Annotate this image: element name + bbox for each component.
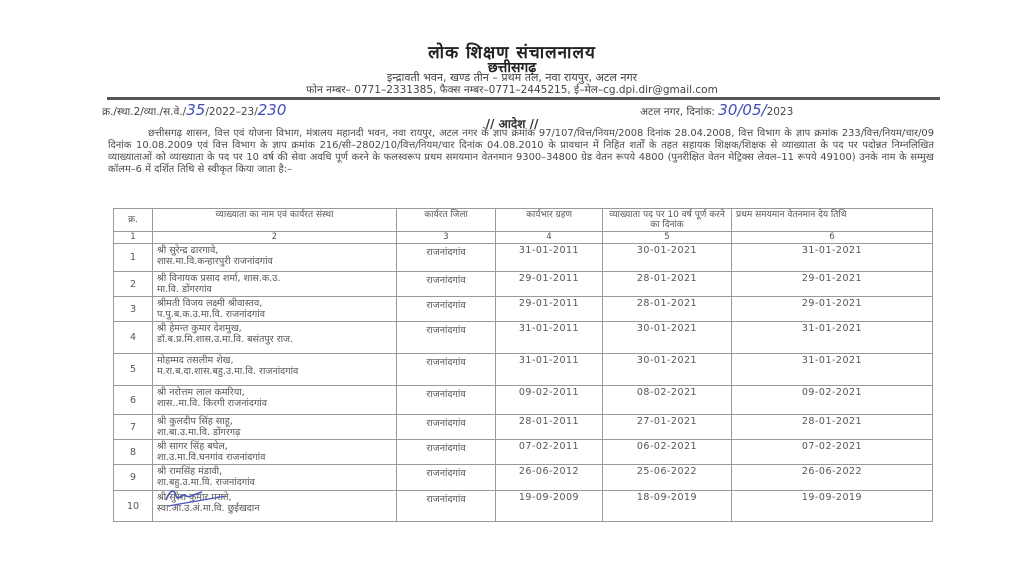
header-due-date: प्रथम समयमान वेतनमान देय तिथि xyxy=(732,209,933,232)
table-row: 8श्री सागर सिंह बघेल,शा.उ.मा.वि.घनगांव र… xyxy=(114,440,933,465)
row-sn: 8 xyxy=(114,440,153,465)
header-divider xyxy=(107,97,940,100)
teacher-name-school: मोहम्मद तसलीम शेख,म.रा.ब.दा.शास.बहु.उ.मा… xyxy=(153,354,397,386)
ten-years-date: 30-01-2021 xyxy=(603,354,732,386)
row-sn: 4 xyxy=(114,322,153,354)
school-name: शास.मा.वि.कन्हारपुरी राजनांदगांव xyxy=(157,256,392,267)
teacher-name-school: श्री हेमन्त कुमार देशमुख,डॉ.ब.प्र.मि.शास… xyxy=(153,322,397,354)
teacher-name: मोहम्मद तसलीम शेख, xyxy=(157,355,392,366)
ten-years-date: 06-02-2021 xyxy=(603,440,732,465)
teacher-name-school: श्री कुलदीप सिंह साहू,शा.बा.उ.मा.वि. डों… xyxy=(153,415,397,440)
due-date: 26-06-2022 xyxy=(732,465,933,491)
row-sn: 9 xyxy=(114,465,153,491)
school-name: मा.वि. डोंगरगांव xyxy=(157,284,392,295)
ten-years-date: 30-01-2021 xyxy=(603,322,732,354)
due-date: 31-01-2021 xyxy=(732,354,933,386)
joining-date: 29-01-2011 xyxy=(496,272,603,297)
teacher-name: श्री रामसिंह मंडावी, xyxy=(157,466,392,477)
table-row: 5मोहम्मद तसलीम शेख,म.रा.ब.दा.शास.बहु.उ.म… xyxy=(114,354,933,386)
col-num: 5 xyxy=(603,232,732,244)
table-row: 7श्री कुलदीप सिंह साहू,शा.बा.उ.मा.वि. डो… xyxy=(114,415,933,440)
ten-years-date: 25-06-2022 xyxy=(603,465,732,491)
due-date: 28-01-2021 xyxy=(732,415,933,440)
teacher-name-school: श्री नरोत्तम लाल कमरिया,शास..मा.वि. किरग… xyxy=(153,386,397,415)
district: राजनांदगांव xyxy=(397,297,496,322)
district: राजनांदगांव xyxy=(397,354,496,386)
district: राजनांदगांव xyxy=(397,440,496,465)
teacher-name: श्री कुलदीप सिंह साहू, xyxy=(157,416,392,427)
joining-date: 09-02-2011 xyxy=(496,386,603,415)
signature-icon xyxy=(162,484,232,508)
row-sn: 6 xyxy=(114,386,153,415)
joining-date: 07-02-2011 xyxy=(496,440,603,465)
col-num: 4 xyxy=(496,232,603,244)
teacher-name-school: श्रीमती विजय लक्ष्मी श्रीवास्तव,प.पु.ब.क… xyxy=(153,297,397,322)
district: राजनांदगांव xyxy=(397,465,496,491)
district: राजनांदगांव xyxy=(397,491,496,522)
table-row: 6श्री नरोत्तम लाल कमरिया,शास..मा.वि. किर… xyxy=(114,386,933,415)
joining-date: 31-01-2011 xyxy=(496,322,603,354)
promotion-table: क्र. व्याख्याता का नाम एवं कार्यरत संस्थ… xyxy=(113,208,933,522)
due-date: 29-01-2021 xyxy=(732,272,933,297)
table-row: 2श्री विनायक प्रसाद शर्मा, शास.क.उ.मा.वि… xyxy=(114,272,933,297)
school-name: म.रा.ब.दा.शास.बहु.उ.मा.वि. राजनांदगांव xyxy=(157,366,392,377)
district: राजनांदगांव xyxy=(397,322,496,354)
joining-date: 26-06-2012 xyxy=(496,465,603,491)
table-row: 9श्री रामसिंह मंडावी,शा.बहु.उ.मा.वि. राज… xyxy=(114,465,933,491)
school-name: प.पु.ब.क.उ.मा.वि. राजनांदगांव xyxy=(157,309,392,320)
joining-date: 31-01-2011 xyxy=(496,354,603,386)
row-sn: 1 xyxy=(114,244,153,272)
joining-date: 28-01-2011 xyxy=(496,415,603,440)
order-paragraph: छत्तीसगढ़ शासन, वित्त एवं योजना विभाग, म… xyxy=(108,128,934,176)
due-date: 09-02-2021 xyxy=(732,386,933,415)
school-name: डॉ.ब.प्र.मि.शास.उ.मा.वि. बसंतपुर राज. xyxy=(157,334,392,345)
teacher-name: श्रीमती विजय लक्ष्मी श्रीवास्तव, xyxy=(157,298,392,309)
district: राजनांदगांव xyxy=(397,386,496,415)
school-name: शा.उ.मा.वि.घनगांव राजनांदगांव xyxy=(157,452,392,463)
teacher-name: श्री विनायक प्रसाद शर्मा, शास.क.उ. xyxy=(157,273,392,284)
teacher-name: श्री हेमन्त कुमार देशमुख, xyxy=(157,323,392,334)
row-sn: 3 xyxy=(114,297,153,322)
district: राजनांदगांव xyxy=(397,272,496,297)
row-sn: 7 xyxy=(114,415,153,440)
ten-years-date: 28-01-2021 xyxy=(603,272,732,297)
row-sn: 2 xyxy=(114,272,153,297)
ten-years-date: 28-01-2021 xyxy=(603,297,732,322)
col-num: 6 xyxy=(732,232,933,244)
school-name: शा.बा.उ.मा.वि. डोंगरगढ़ xyxy=(157,427,392,438)
due-date: 19-09-2019 xyxy=(732,491,933,522)
ten-years-date: 30-01-2021 xyxy=(603,244,732,272)
joining-date: 19-09-2009 xyxy=(496,491,603,522)
col-num: 2 xyxy=(153,232,397,244)
col-num: 3 xyxy=(397,232,496,244)
teacher-name-school: श्री विनायक प्रसाद शर्मा, शास.क.उ.मा.वि.… xyxy=(153,272,397,297)
office-contact: फोन नम्बर– 0771–2331385, फैक्स नम्बर–077… xyxy=(0,83,1024,97)
teacher-name: श्री नरोत्तम लाल कमरिया, xyxy=(157,387,392,398)
due-date: 29-01-2021 xyxy=(732,297,933,322)
ten-years-date: 27-01-2021 xyxy=(603,415,732,440)
column-number-row: 1 2 3 4 5 6 xyxy=(114,232,933,244)
header-ten-years: व्याख्याता पद पर 10 वर्ष पूर्ण करने का द… xyxy=(603,209,732,232)
teacher-name: श्री सुरेन्द्र ढारगावे, xyxy=(157,245,392,256)
teacher-name-school: श्री सुरेन्द्र ढारगावे,शास.मा.वि.कन्हारप… xyxy=(153,244,397,272)
due-date: 31-01-2021 xyxy=(732,244,933,272)
header-joining: कार्यभार ग्रहण xyxy=(496,209,603,232)
district: राजनांदगांव xyxy=(397,415,496,440)
document-page: लोक शिक्षण संचालनालय छत्तीसगढ़ इन्द्रावत… xyxy=(0,0,1024,576)
due-date: 07-02-2021 xyxy=(732,440,933,465)
table-row: 4श्री हेमन्त कुमार देशमुख,डॉ.ब.प्र.मि.शा… xyxy=(114,322,933,354)
row-sn: 10 xyxy=(114,491,153,522)
table-header-row: क्र. व्याख्याता का नाम एवं कार्यरत संस्थ… xyxy=(114,209,933,232)
table-body: 1श्री सुरेन्द्र ढारगावे,शास.मा.वि.कन्हार… xyxy=(114,244,933,522)
table-row: 10श्री सुरेश कुमार पराते,स्वा.आ.उ.अं.मा.… xyxy=(114,491,933,522)
header-sn: क्र. xyxy=(114,209,153,232)
row-sn: 5 xyxy=(114,354,153,386)
col-num: 1 xyxy=(114,232,153,244)
header-name: व्याख्याता का नाम एवं कार्यरत संस्था xyxy=(153,209,397,232)
teacher-name: श्री सागर सिंह बघेल, xyxy=(157,441,392,452)
joining-date: 29-01-2011 xyxy=(496,297,603,322)
teacher-name-school: श्री सागर सिंह बघेल,शा.उ.मा.वि.घनगांव रा… xyxy=(153,440,397,465)
table-row: 3श्रीमती विजय लक्ष्मी श्रीवास्तव,प.पु.ब.… xyxy=(114,297,933,322)
header-district: कार्यरत जिला xyxy=(397,209,496,232)
district: राजनांदगांव xyxy=(397,244,496,272)
due-date: 31-01-2021 xyxy=(732,322,933,354)
school-name: शास..मा.वि. किरगी राजनांदगांव xyxy=(157,398,392,409)
ten-years-date: 08-02-2021 xyxy=(603,386,732,415)
table-row: 1श्री सुरेन्द्र ढारगावे,शास.मा.वि.कन्हार… xyxy=(114,244,933,272)
ten-years-date: 18-09-2019 xyxy=(603,491,732,522)
joining-date: 31-01-2011 xyxy=(496,244,603,272)
